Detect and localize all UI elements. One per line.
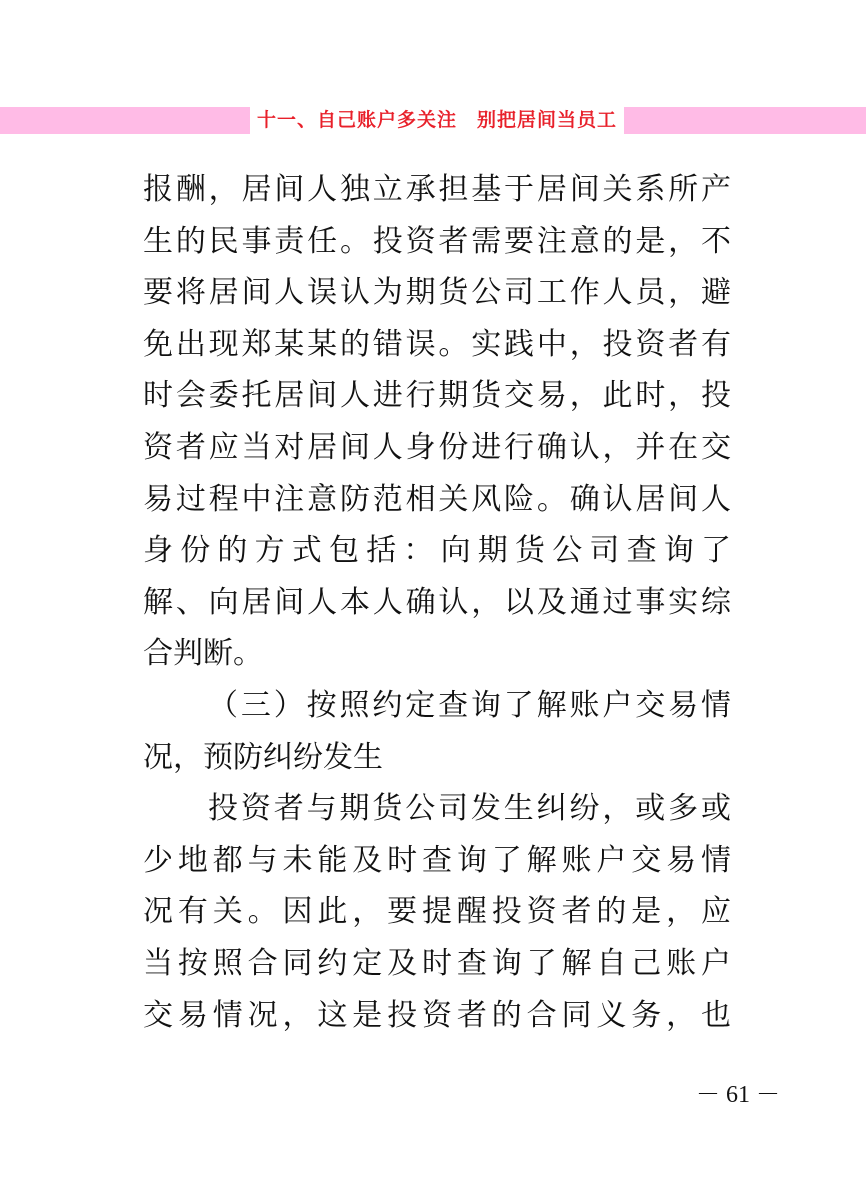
section-heading-line-end: 况，预防纠纷发生 bbox=[143, 736, 731, 788]
text-line: 况有关。因此，要提醒投资者的是，应 bbox=[143, 890, 731, 942]
page-body-text: 报酬，居间人独立承担基于居间关系所产 生的民事责任。投资者需要注意的是，不 要将… bbox=[143, 168, 733, 1045]
text-line: 当按照合同约定及时查询了解自己账户 bbox=[143, 942, 731, 994]
text-line: 交易情况，这是投资者的合同义务，也 bbox=[143, 994, 731, 1046]
header-band-left-decoration bbox=[0, 107, 250, 134]
paragraph-first-line: 投资者与期货公司发生纠纷，或多或 bbox=[143, 787, 731, 839]
text-line: 要将居间人误认为期货公司工作人员，避 bbox=[143, 271, 731, 323]
text-line: 易过程中注意防范相关风险。确认居间人 bbox=[143, 478, 731, 530]
text-line: 资者应当对居间人身份进行确认，并在交 bbox=[143, 426, 731, 478]
text-line: 报酬，居间人独立承担基于居间关系所产 bbox=[143, 168, 731, 220]
text-line: 解、向居间人本人确认，以及通过事实综 bbox=[143, 581, 731, 633]
running-header-title: 十一、自己账户多关注 别把居间当员工 bbox=[250, 107, 624, 134]
text-line: 时会委托居间人进行期货交易，此时，投 bbox=[143, 374, 731, 426]
text-line: 少地都与未能及时查询了解账户交易情 bbox=[143, 839, 731, 891]
text-line: 生的民事责任。投资者需要注意的是，不 bbox=[143, 220, 731, 272]
running-header-band: 十一、自己账户多关注 别把居间当员工 bbox=[0, 107, 866, 134]
section-heading-line: （三）按照约定查询了解账户交易情 bbox=[143, 684, 731, 736]
page-number: － 61 － bbox=[696, 1074, 780, 1109]
text-line: 身份的方式包括：向期货公司查询了 bbox=[143, 529, 731, 581]
header-band-right-decoration bbox=[624, 107, 866, 134]
text-line: 免出现郑某某的错误。实践中，投资者有 bbox=[143, 323, 731, 375]
text-line-paragraph-end: 合判断。 bbox=[143, 632, 731, 684]
